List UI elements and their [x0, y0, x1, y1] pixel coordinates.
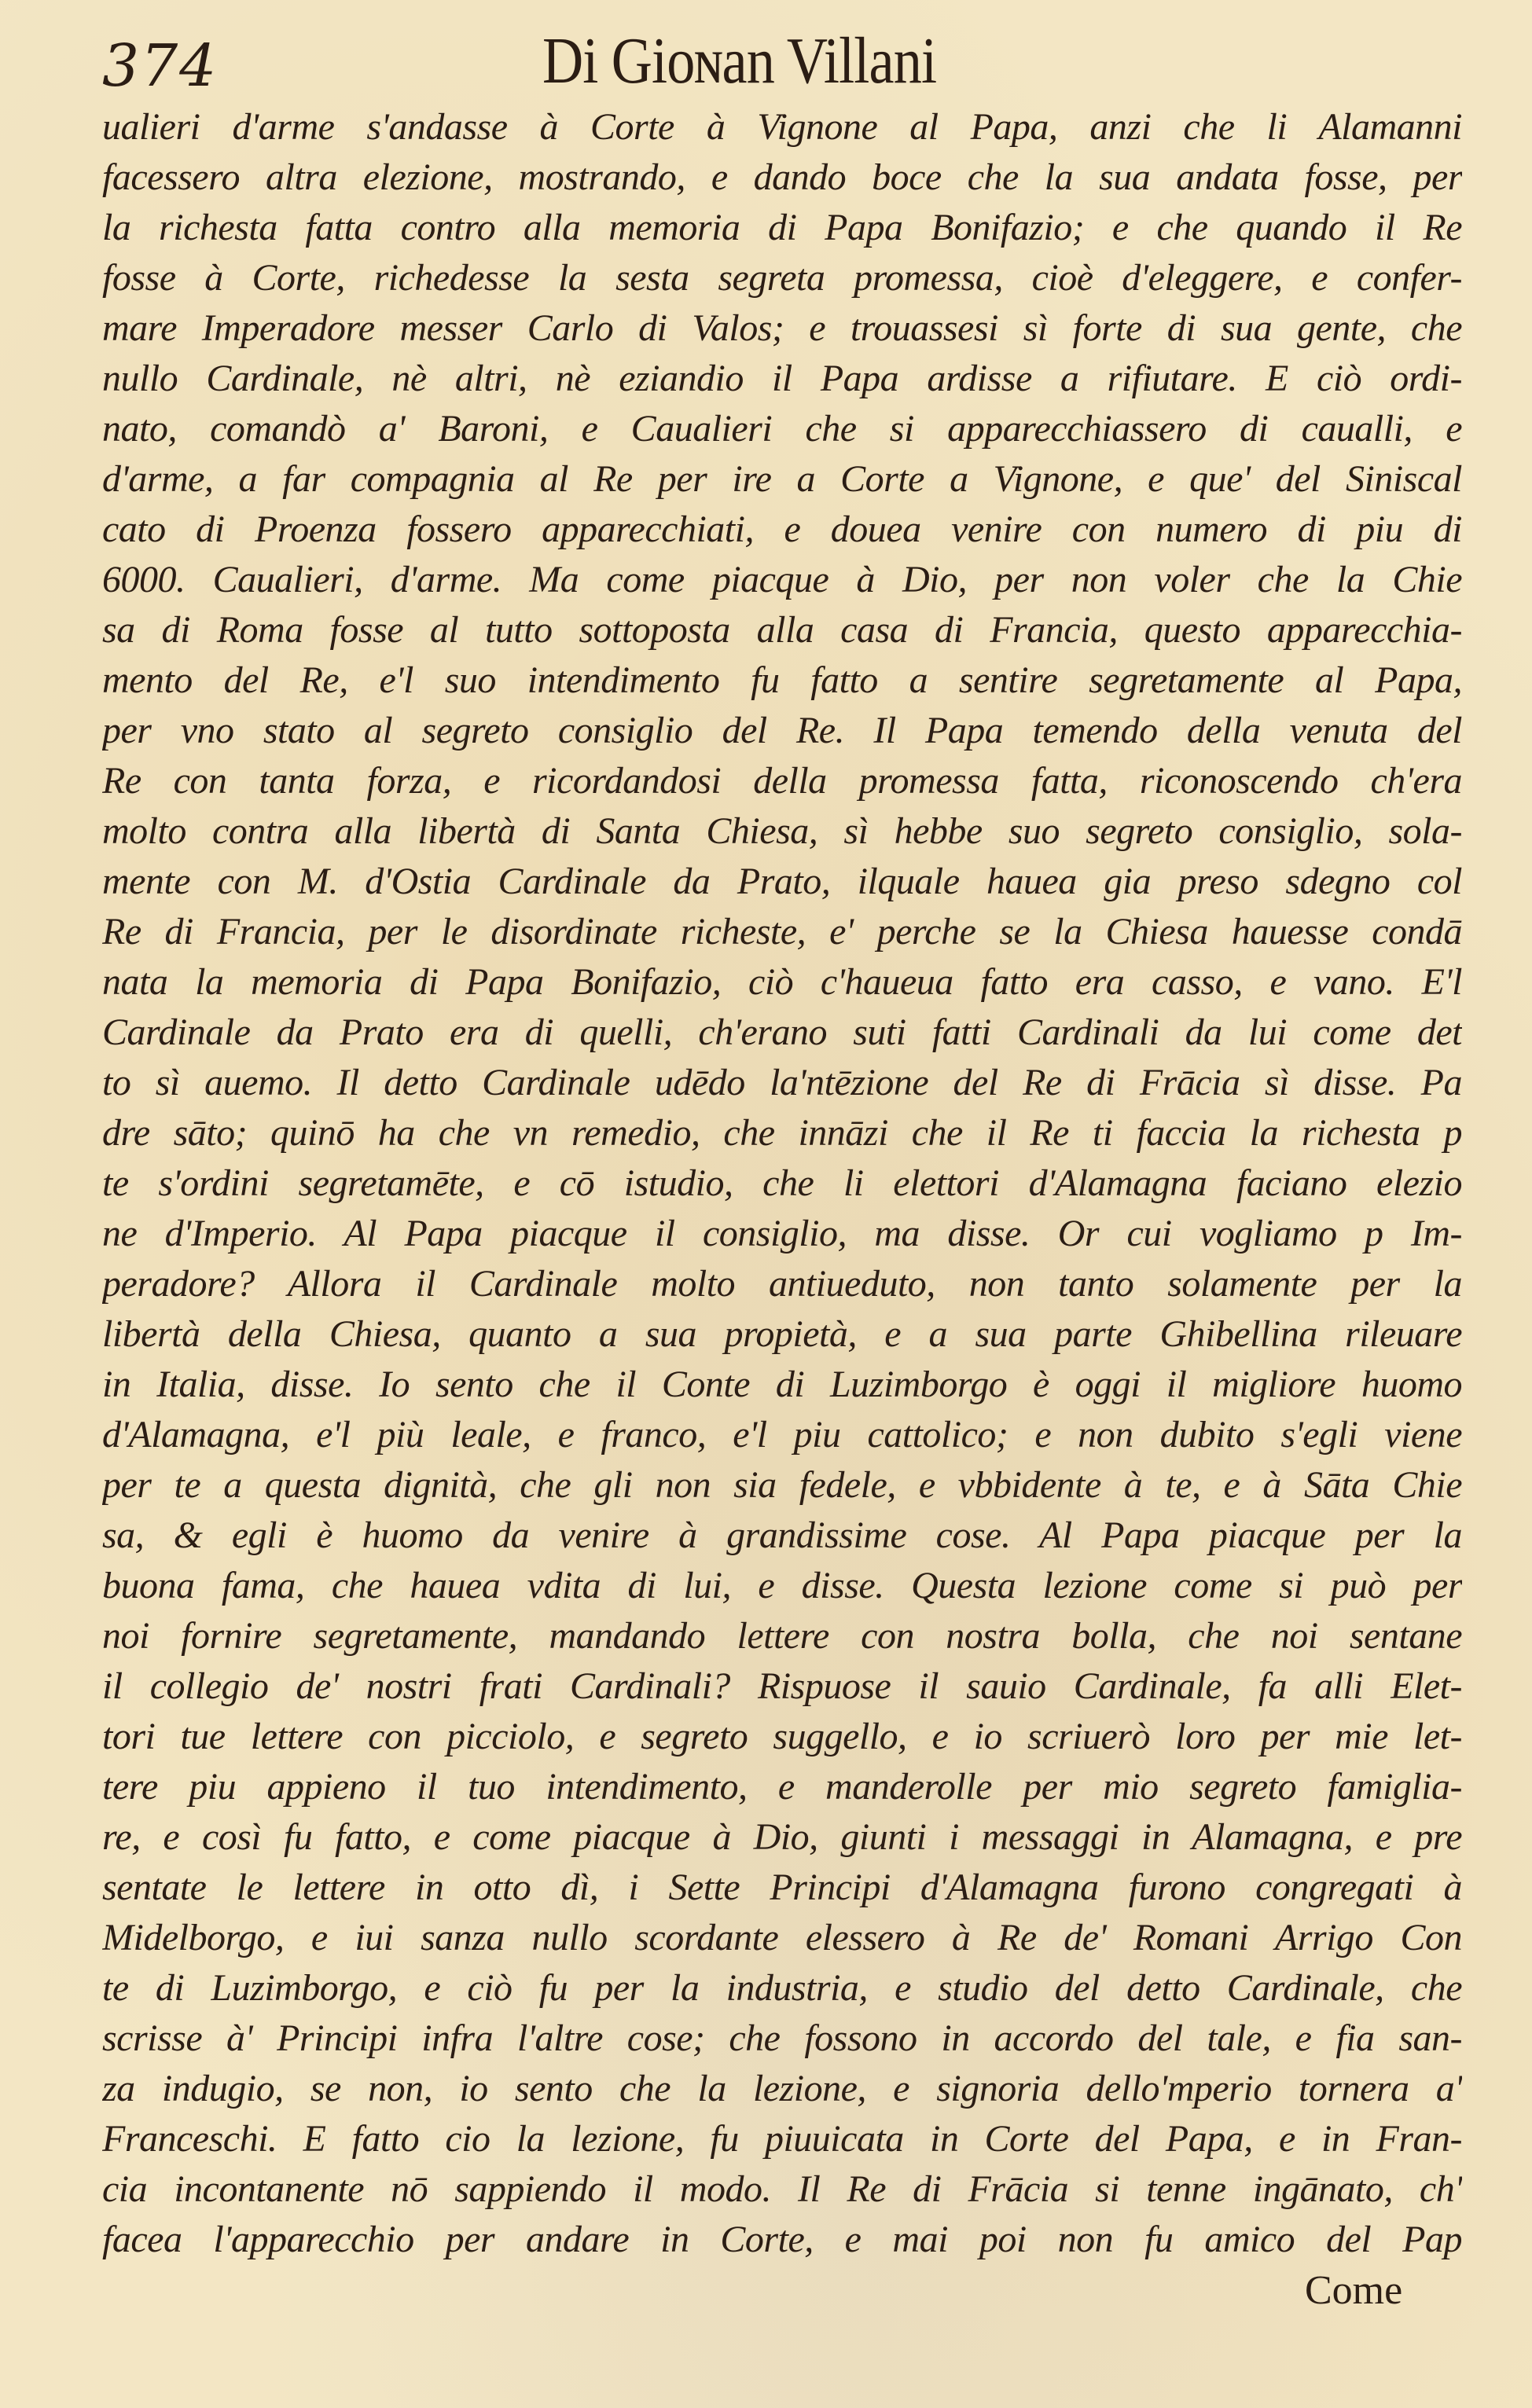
- text-line: ualieri d'arme s'andasse à Corte à Vigno…: [102, 102, 1462, 152]
- text-line: te s'ordini segretamēte, e cō istudio, c…: [102, 1158, 1462, 1209]
- text-line: d'arme, a far compagnia al Re per ire a …: [102, 454, 1462, 505]
- text-line: facessero altra elezione, mostrando, e d…: [102, 152, 1462, 203]
- text-line: molto contra alla libertà di Santa Chies…: [102, 806, 1462, 857]
- page-number: 374: [102, 35, 218, 97]
- text-line: nata la memoria di Papa Bonifazio, ciò c…: [102, 957, 1462, 1008]
- running-title: Di Gioɴan Villani: [542, 24, 936, 99]
- text-line: buona fama, che hauea vdita di lui, e di…: [102, 1561, 1462, 1611]
- text-line: Cardinale da Prato era di quelli, ch'era…: [102, 1008, 1462, 1058]
- text-line: libertà della Chiesa, quanto a sua propi…: [102, 1309, 1462, 1360]
- catchword: Come: [1305, 2263, 1402, 2318]
- text-line: per te a questa dignità, che gli non sia…: [102, 1460, 1462, 1511]
- text-line: facea l'apparecchio per andare in Corte,…: [102, 2215, 1462, 2265]
- text-line: scrisse à' Principi infra l'altre cose; …: [102, 2013, 1462, 2064]
- text-line: fosse à Corte, richedesse la sesta segre…: [102, 253, 1462, 303]
- text-line: sentate le lettere in otto dì, i Sette P…: [102, 1863, 1462, 1913]
- text-line: per vno stato al segreto consiglio del R…: [102, 706, 1462, 756]
- book-page: 374 Di Gioɴan Villani ualieri d'arme s'a…: [0, 0, 1532, 2408]
- text-line: sa, & egli è huomo da venire à grandissi…: [102, 1511, 1462, 1561]
- text-line: il collegio de' nostri frati Cardinali? …: [102, 1661, 1462, 1712]
- text-line: mare Imperadore messer Carlo di Valos; e…: [102, 303, 1462, 354]
- page-header: 374 Di Gioɴan Villani: [102, 24, 1462, 102]
- text-line: to sì auemo. Il detto Cardinale udēdo la…: [102, 1058, 1462, 1108]
- text-line: re, e così fu fatto, e come piacque à Di…: [102, 1812, 1462, 1863]
- text-line: Re con tanta forza, e ricordandosi della…: [102, 756, 1462, 806]
- text-line: ne d'Imperio. Al Papa piacque il consigl…: [102, 1209, 1462, 1259]
- text-line: nullo Cardinale, nè altri, nè eziandio i…: [102, 354, 1462, 404]
- text-line: nato, comandò a' Baroni, e Caualieri che…: [102, 404, 1462, 454]
- text-line: sa di Roma fosse al tutto sottoposta all…: [102, 605, 1462, 655]
- body-text: ualieri d'arme s'andasse à Corte à Vigno…: [102, 102, 1462, 2265]
- text-line: mento del Re, e'l suo intendimento fu fa…: [102, 655, 1462, 706]
- text-line: cia incontanente nō sappiendo il modo. I…: [102, 2164, 1462, 2215]
- text-line: peradore? Allora il Cardinale molto anti…: [102, 1259, 1462, 1309]
- text-line: in Italia, disse. Io sento che il Conte …: [102, 1360, 1462, 1410]
- text-line: Re di Francia, per le disordinate riches…: [102, 907, 1462, 957]
- text-line: d'Alamagna, e'l più leale, e franco, e'l…: [102, 1410, 1462, 1460]
- text-line: 6000. Caualieri, d'arme. Ma come piacque…: [102, 555, 1462, 605]
- text-line: te di Luzimborgo, e ciò fu per la indust…: [102, 1963, 1462, 2013]
- text-line: cato di Proenza fossero apparecchiati, e…: [102, 505, 1462, 555]
- text-line: Midelborgo, e iui sanza nullo scordante …: [102, 1913, 1462, 1963]
- text-line: mente con M. d'Ostia Cardinale da Prato,…: [102, 857, 1462, 907]
- text-line: la richesta fatta contro alla memoria di…: [102, 203, 1462, 253]
- text-line: Franceschi. E fatto cio la lezione, fu p…: [102, 2114, 1462, 2164]
- text-line: tere piu appieno il tuo intendimento, e …: [102, 1762, 1462, 1812]
- text-line: dre sāto; quinō ha che vn remedio, che i…: [102, 1108, 1462, 1158]
- text-line: noi fornire segretamente, mandando lette…: [102, 1611, 1462, 1661]
- text-line: za indugio, se non, io sento che la lezi…: [102, 2064, 1462, 2114]
- text-line: tori tue lettere con picciolo, e segreto…: [102, 1712, 1462, 1762]
